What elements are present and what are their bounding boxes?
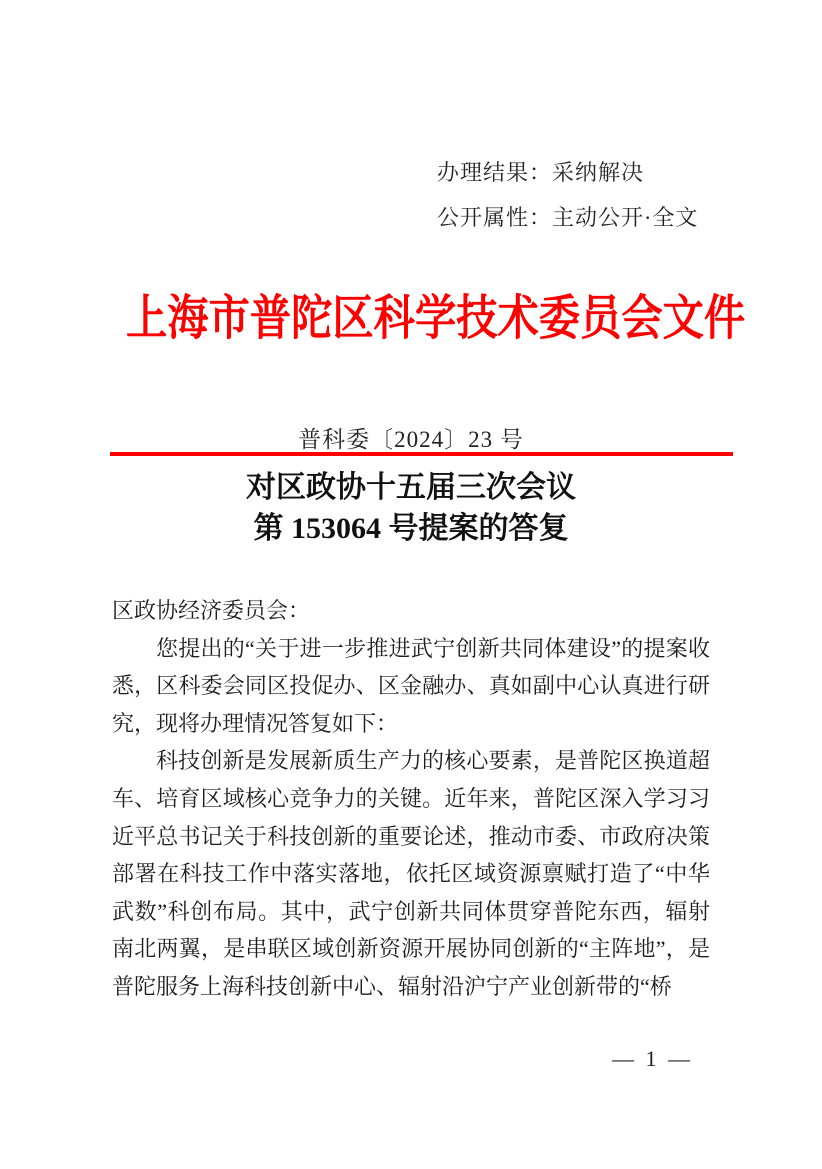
document-title: 对区政协十五届三次会议 第 153064 号提案的答复: [0, 467, 822, 549]
document-page: 办理结果：采纳解决 公开属性：主动公开·全文 上海市普陀区科学技术委员会文件 普…: [0, 0, 822, 1169]
body-text: 区政协经济委员会： 您提出的“关于进一步推进武宁创新共同体建设”的提案收悉，区科…: [112, 592, 710, 1006]
document-number: 普科委〔2024〕23 号: [0, 421, 822, 454]
salutation: 区政协经济委员会：: [112, 592, 710, 630]
page-number: — 1 —: [612, 1046, 693, 1072]
handling-result-line: 办理结果：采纳解决: [437, 150, 698, 195]
document-title-line2: 第 153064 号提案的答复: [0, 508, 822, 549]
red-divider-line: [110, 452, 733, 456]
masthead-title: 上海市普陀区科学技术委员会文件: [126, 279, 745, 348]
disclosure-attribute-line: 公开属性：主动公开·全文: [437, 195, 698, 240]
header-info-block: 办理结果：采纳解决 公开属性：主动公开·全文: [437, 150, 698, 240]
body-paragraph-1: 您提出的“关于进一步推进武宁创新共同体建设”的提案收悉，区科委会同区投促办、区金…: [112, 630, 710, 743]
document-title-line1: 对区政协十五届三次会议: [0, 467, 822, 508]
body-paragraph-2: 科技创新是发展新质生产力的核心要素，是普陀区换道超车、培育区域核心竞争力的关键。…: [112, 742, 710, 1005]
